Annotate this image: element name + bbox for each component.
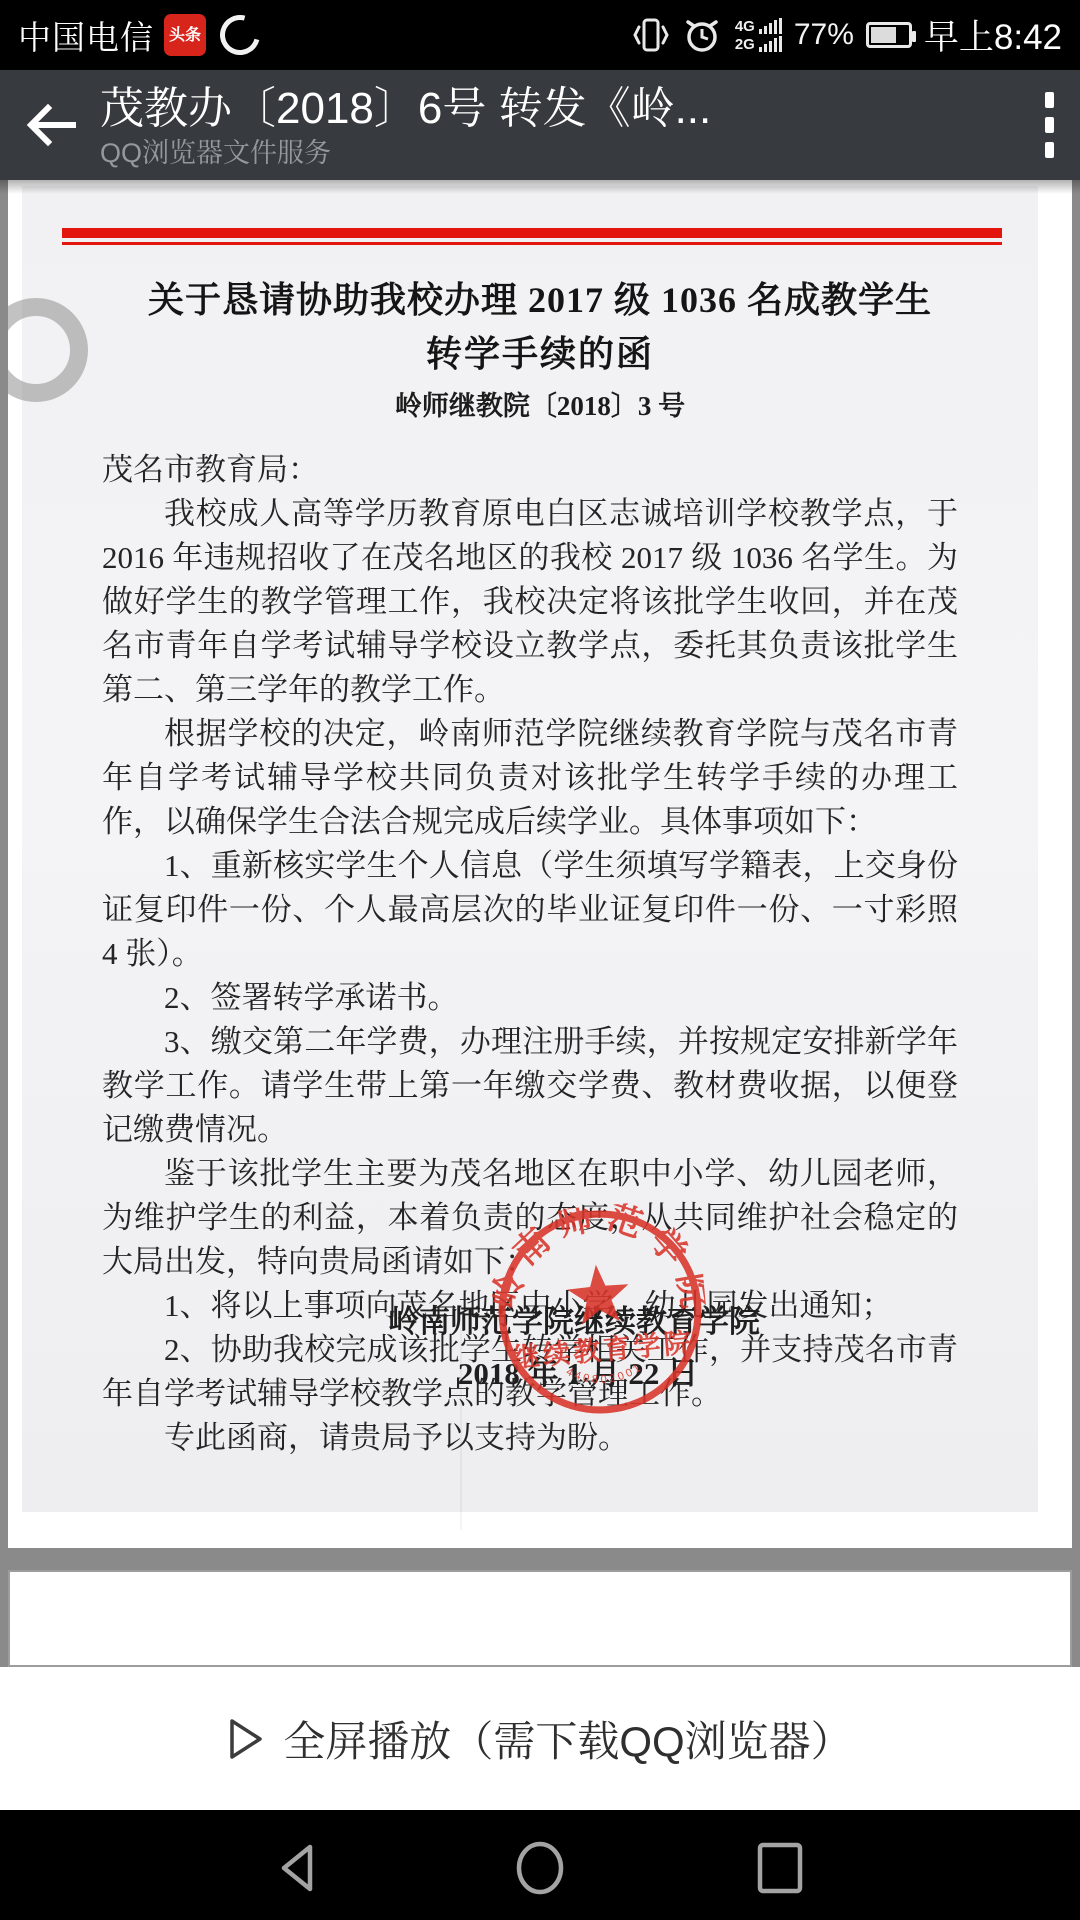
dual-sim-signal-icon: 4G 2G: [735, 18, 782, 52]
header-titles: 茂教办〔2018〕6号 转发《岭... QQ浏览器文件服务: [100, 81, 1031, 169]
seal-center-text: 继续教育学院: [511, 1326, 695, 1373]
signal-bars-2: [759, 36, 782, 52]
svg-text:岭南师范学院: 岭南师范学院: [485, 1197, 715, 1337]
clock-label: 早上8:42: [924, 10, 1062, 60]
letter-paragraph: 2、签署转学承诺书。: [102, 976, 958, 1020]
letter-paragraph: 我校成人高等学历教育原电白区志诚培训学校教学点，于 2016 年违规招收了在茂名…: [102, 492, 958, 712]
letter-paragraph: 根据学校的决定，岭南师范学院继续教育学院与茂名市青年自学考试辅导学校共同负责对该…: [102, 712, 958, 844]
signal-bars-1: [759, 18, 782, 34]
loading-spinner-icon: [213, 8, 268, 63]
document-viewer[interactable]: 关于恳请协助我校办理 2017 级 1036 名成教学生 转学手续的函 岭师继教…: [0, 180, 1080, 1667]
letterhead-rule-thin: [62, 242, 1002, 245]
letter-number: 岭师继教院〔2018〕3 号: [8, 384, 1072, 423]
letter-content: 关于恳请协助我校办理 2017 级 1036 名成教学生 转学手续的函 岭师继教…: [8, 180, 1072, 1548]
official-seal: 岭南师范学院 继续教育学院 4408020014931: [485, 1197, 715, 1427]
toutiao-notification-icon: 头条: [164, 14, 206, 56]
play-icon: [227, 1716, 265, 1762]
document-page-1: 关于恳请协助我校办理 2017 级 1036 名成教学生 转学手续的函 岭师继教…: [8, 180, 1072, 1548]
back-button[interactable]: [18, 97, 82, 153]
document-page-2: [8, 1570, 1072, 1667]
vibrate-icon: [633, 13, 669, 57]
status-icons: 4G 2G 77% 早上8:42: [633, 10, 1062, 60]
app-header: 茂教办〔2018〕6号 转发《岭... QQ浏览器文件服务: [0, 70, 1080, 180]
file-service-subtitle: QQ浏览器文件服务: [100, 137, 1031, 169]
letter-title-line2: 转学手续的函: [8, 326, 1072, 377]
back-arrow-icon: [21, 100, 79, 150]
fullscreen-play-label: 全屏播放（需下载QQ浏览器）: [283, 1709, 852, 1769]
more-menu-button[interactable]: [1045, 92, 1054, 158]
letter-paragraph: 3、缴交第二年学费，办理注册手续，并按规定安排新学年教学工作。请学生带上第一年缴…: [102, 1020, 958, 1152]
letter-greeting: 茂名市教育局：: [102, 448, 958, 492]
status-bar: 中国电信 头条 4G: [0, 0, 1080, 70]
battery-percent: 77%: [794, 18, 854, 52]
android-nav-bar: [0, 1810, 1080, 1920]
letterhead-rule-thick: [62, 228, 1002, 238]
fullscreen-play-bar[interactable]: 全屏播放（需下载QQ浏览器）: [0, 1667, 1080, 1810]
nav-back-button[interactable]: [272, 1840, 328, 1896]
alarm-clock-icon: [681, 13, 723, 57]
nav-home-button[interactable]: [512, 1840, 568, 1896]
net-label-4g: 4G: [735, 19, 755, 34]
battery-icon: [866, 22, 912, 48]
letter-paragraph: 1、重新核实学生个人信息（学生须填写学籍表，上交身份证复印件一份、个人最高层次的…: [102, 844, 958, 976]
phone-screen: 中国电信 头条 4G: [0, 0, 1080, 1920]
net-label-2g: 2G: [735, 37, 755, 52]
nav-recents-button[interactable]: [752, 1840, 808, 1896]
letter-title-line1: 关于恳请协助我校办理 2017 级 1036 名成教学生: [8, 272, 1072, 323]
carrier-label: 中国电信: [18, 12, 154, 59]
seal-star: [565, 1262, 631, 1326]
file-title: 茂教办〔2018〕6号 转发《岭...: [100, 83, 1031, 135]
